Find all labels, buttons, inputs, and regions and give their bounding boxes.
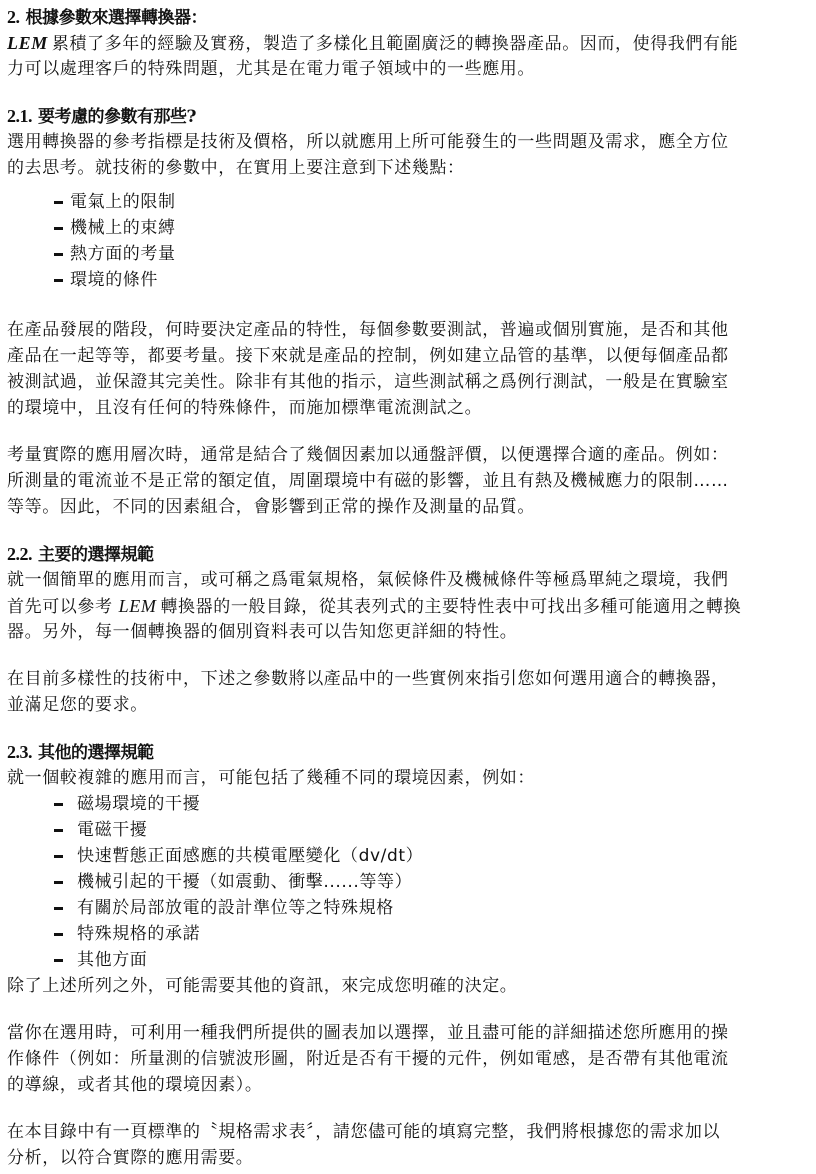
paragraph-line: 在目前多樣性的技術中，下述之參數將以產品中的一些實例來指引您如何選用適合的轉換器… — [7, 666, 813, 692]
dash-bullet-icon — [54, 855, 63, 858]
paragraph: 考量實際的應用層次時，通常是結合了幾個因素加以通盤評價，以便選擇合適的產品。例如… — [7, 442, 813, 520]
dash-bullet-icon — [54, 253, 63, 256]
paragraph-line: 並滿足您的要求。 — [7, 692, 813, 718]
paragraph-line: 當你在選用時，可利用一種我們所提供的圖表加以選擇，並且盡可能的詳細描述您所應用的… — [7, 1020, 813, 1046]
section-2-heading: 2.根據參數來選擇轉換器： — [7, 4, 813, 30]
section-2-2-heading: 2.2.主要的選擇規範 — [7, 541, 813, 567]
list-item: 熱方面的考量 — [7, 241, 813, 267]
brand-name: LEM — [119, 596, 157, 616]
section-title: 其他的選擇規範 — [38, 743, 154, 763]
section-title: 要考慮的參數有那些? — [38, 107, 196, 127]
list-item: 電磁干擾 — [7, 817, 813, 843]
environment-factor-list: 磁場環境的干擾 電磁干擾 快速暫態正面感應的共模電壓變化（dv/dt） 機械引起… — [7, 791, 813, 973]
paragraph-line: 就一個較複雜的應用而言，可能包括了幾種不同的環境因素，例如： — [7, 765, 813, 791]
paragraph-line: 的導線，或者其他的環境因素）。 — [7, 1072, 813, 1098]
paragraph: 當你在選用時，可利用一種我們所提供的圖表加以選擇，並且盡可能的詳細描述您所應用的… — [7, 1020, 813, 1098]
paragraph-line: 除了上述所列之外，可能需要其他的資訊，來完成您明確的決定。 — [7, 973, 813, 999]
paragraph-line: 等等。因此，不同的因素組合，會影響到正常的操作及測量的品質。 — [7, 494, 813, 520]
dash-bullet-icon — [54, 803, 63, 806]
paragraph: 在產品發展的階段，何時要決定產品的特性，每個參數要測試，普遍或個別實施，是否和其… — [7, 317, 813, 421]
list-item: 環境的條件 — [7, 267, 813, 293]
paragraph-line: 考量實際的應用層次時，通常是結合了幾個因素加以通盤評價，以便選擇合適的產品。例如… — [7, 442, 813, 468]
section-2-1-heading: 2.1.要考慮的參數有那些? — [7, 103, 813, 129]
paragraph-line: 首先可以參考 LEM轉換器的一般目錄，從其表列式的主要特性表中可找出多種可能適用… — [7, 593, 813, 619]
section-title: 根據參數來選擇轉換器： — [26, 8, 208, 28]
paragraph-line: 作條件（例如：所量測的信號波形圖，附近是否有干擾的元件，例如電感，是否帶有其他電… — [7, 1046, 813, 1072]
section-number: 2.1. — [7, 106, 32, 126]
paragraph-line: 就一個簡單的應用而言，或可稱之爲電氣規格，氣候條件及機械條件等極爲單純之環境，我… — [7, 567, 813, 593]
paragraph-line: 所測量的電流並不是正常的額定值，周圍環境中有磁的影響，並且有熱及機械應力的限制…… — [7, 468, 813, 494]
list-item: 其他方面 — [7, 947, 813, 973]
list-item: 機械引起的干擾（如震動、衝擊......等等） — [7, 869, 813, 895]
section-number: 2. — [7, 7, 20, 27]
paragraph: 在本目錄中有一頁標準的〝規格需求表〞，請您儘可能的填寫完整，我們將根據您的需求加… — [7, 1119, 813, 1171]
list-item: 電氣上的限制 — [7, 189, 813, 215]
list-item: 機械上的束縛 — [7, 215, 813, 241]
dash-bullet-icon — [54, 279, 63, 282]
brand-name: LEM — [7, 33, 48, 53]
paragraph-line: 在產品發展的階段，何時要決定產品的特性，每個參數要測試，普遍或個別實施，是否和其… — [7, 317, 813, 343]
dash-bullet-icon — [54, 881, 63, 884]
section-number: 2.2. — [7, 544, 32, 564]
paragraph-line: 分析，以符合實際的應用需要。 — [7, 1145, 813, 1171]
dash-bullet-icon — [54, 829, 63, 832]
dash-bullet-icon — [54, 227, 63, 230]
paragraph-line: 在本目錄中有一頁標準的〝規格需求表〞，請您儘可能的填寫完整，我們將根據您的需求加… — [7, 1119, 813, 1145]
list-item: 特殊規格的承諾 — [7, 921, 813, 947]
section-title: 主要的選擇規範 — [38, 545, 154, 565]
paragraph-line: 選用轉換器的參考指標是技術及價格，所以就應用上所可能發生的一些問題及需求，應全方… — [7, 129, 813, 155]
paragraph-line: 器。另外，每一個轉換器的個別資料表可以告知您更詳細的特性。 — [7, 619, 813, 645]
paragraph-line: 被測試過，並保證其完美性。除非有其他的指示，這些測試稱之爲例行測試，一般是在實驗… — [7, 369, 813, 395]
paragraph-line: LEM累積了多年的經驗及實務，製造了多樣化且範圍廣泛的轉換器產品。因而，使得我們… — [7, 30, 813, 56]
parameter-list: 電氣上的限制 機械上的束縛 熱方面的考量 環境的條件 — [7, 189, 813, 293]
paragraph-line: 的去思考。就技術的參數中，在實用上要注意到下述幾點： — [7, 155, 813, 181]
list-item: 快速暫態正面感應的共模電壓變化（dv/dt） — [7, 843, 813, 869]
dash-bullet-icon — [54, 201, 63, 204]
paragraph-line: 產品在一起等等，都要考量。接下來就是產品的控制，例如建立品管的基準，以便每個產品… — [7, 343, 813, 369]
dash-bullet-icon — [54, 959, 63, 962]
paragraph-line: 的環境中，且沒有任何的特殊條件，而施加標準電流測試之。 — [7, 395, 813, 421]
dash-bullet-icon — [54, 933, 63, 936]
list-item: 磁場環境的干擾 — [7, 791, 813, 817]
dash-bullet-icon — [54, 907, 63, 910]
list-item: 有關於局部放電的設計準位等之特殊規格 — [7, 895, 813, 921]
section-2-3-heading: 2.3.其他的選擇規範 — [7, 739, 813, 765]
paragraph-line: 力可以處理客戶的特殊問題，尤其是在電力電子領域中的一些應用。 — [7, 56, 813, 82]
section-number: 2.3. — [7, 742, 32, 762]
document-page: 2.根據參數來選擇轉換器： LEM累積了多年的經驗及實務，製造了多樣化且範圍廣泛… — [7, 4, 813, 1171]
